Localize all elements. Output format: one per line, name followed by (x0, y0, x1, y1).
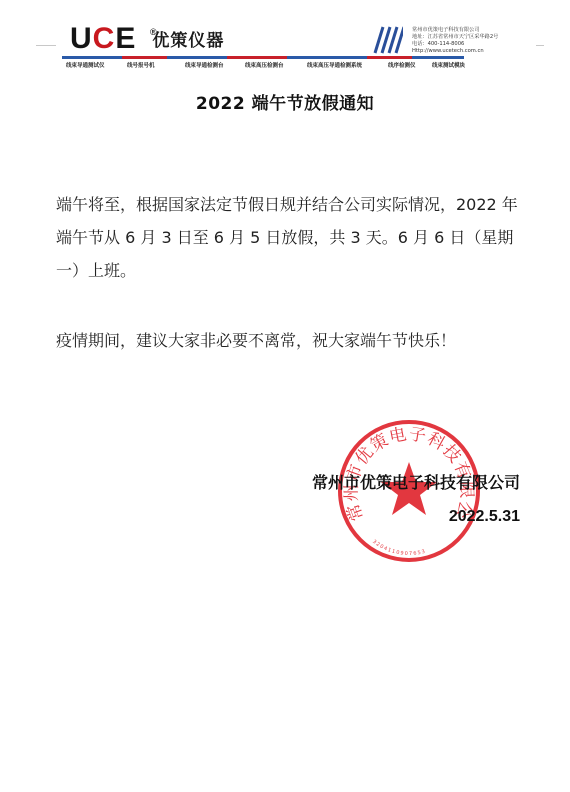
category-item: 线束导通检测台 (185, 61, 245, 69)
category-item: 线序检测仪 (388, 61, 432, 69)
header-bar-blue-2 (167, 56, 227, 59)
left-edge-line (36, 45, 56, 46)
logo-chinese-name: 优策仪器 (152, 31, 224, 51)
contact-company: 常州市优策电子科技有限公司 (412, 27, 498, 34)
contact-phone: 电话：400-114-8006 (412, 41, 498, 48)
diagonal-stripes-icon (373, 25, 403, 55)
header-bar-red-1 (122, 56, 167, 59)
contact-address: 地址：江苏省常州市天宁区采华路2号 (412, 34, 498, 41)
signature-date: 2022.5.31 (449, 508, 520, 526)
signature-company: 常州市优策电子科技有限公司 (312, 470, 520, 493)
logo-letter-u: U (70, 22, 93, 55)
header-bar-blue-3 (287, 56, 367, 59)
category-item: 线束高压检测台 (245, 61, 307, 69)
contact-block: 常州市优策电子科技有限公司 地址：江苏省常州市天宁区采华路2号 电话：400-1… (412, 27, 498, 55)
contact-website: Http://www.ucetech.com.cn (412, 48, 498, 55)
header-bar-blue-4 (412, 56, 464, 59)
header-bar-red-2 (227, 56, 287, 59)
registered-mark-icon: ® (150, 20, 158, 44)
company-logo: UCE ® 优策仪器 (70, 27, 224, 51)
category-item: 线号报号机 (127, 61, 185, 69)
logo-letter-c: C (93, 22, 116, 55)
logo-mark: UCE ® (70, 27, 136, 51)
product-categories: 线束导通测试仪 线号报号机 线束导通检测台 线束高压检测台 线束高压导通检测系统… (62, 61, 465, 69)
notice-paragraph-1: 端午将至，根据国家法定节假日规并结合公司实际情况，2022 年端午节从 6 月 … (56, 188, 526, 287)
header-bar-blue-1 (62, 56, 122, 59)
category-item: 线束高压导通检测系统 (307, 61, 388, 69)
category-item: 线束导通测试仪 (62, 61, 127, 69)
right-edge-line (536, 45, 544, 46)
category-item: 线束测试模块 (432, 61, 465, 69)
logo-letter-e: E (115, 22, 136, 55)
notice-paragraph-2: 疫情期间，建议大家非必要不离常，祝大家端午节快乐！ (56, 324, 526, 357)
document-title: 2022 端午节放假通知 (0, 89, 570, 114)
header-bar-red-3 (367, 56, 412, 59)
